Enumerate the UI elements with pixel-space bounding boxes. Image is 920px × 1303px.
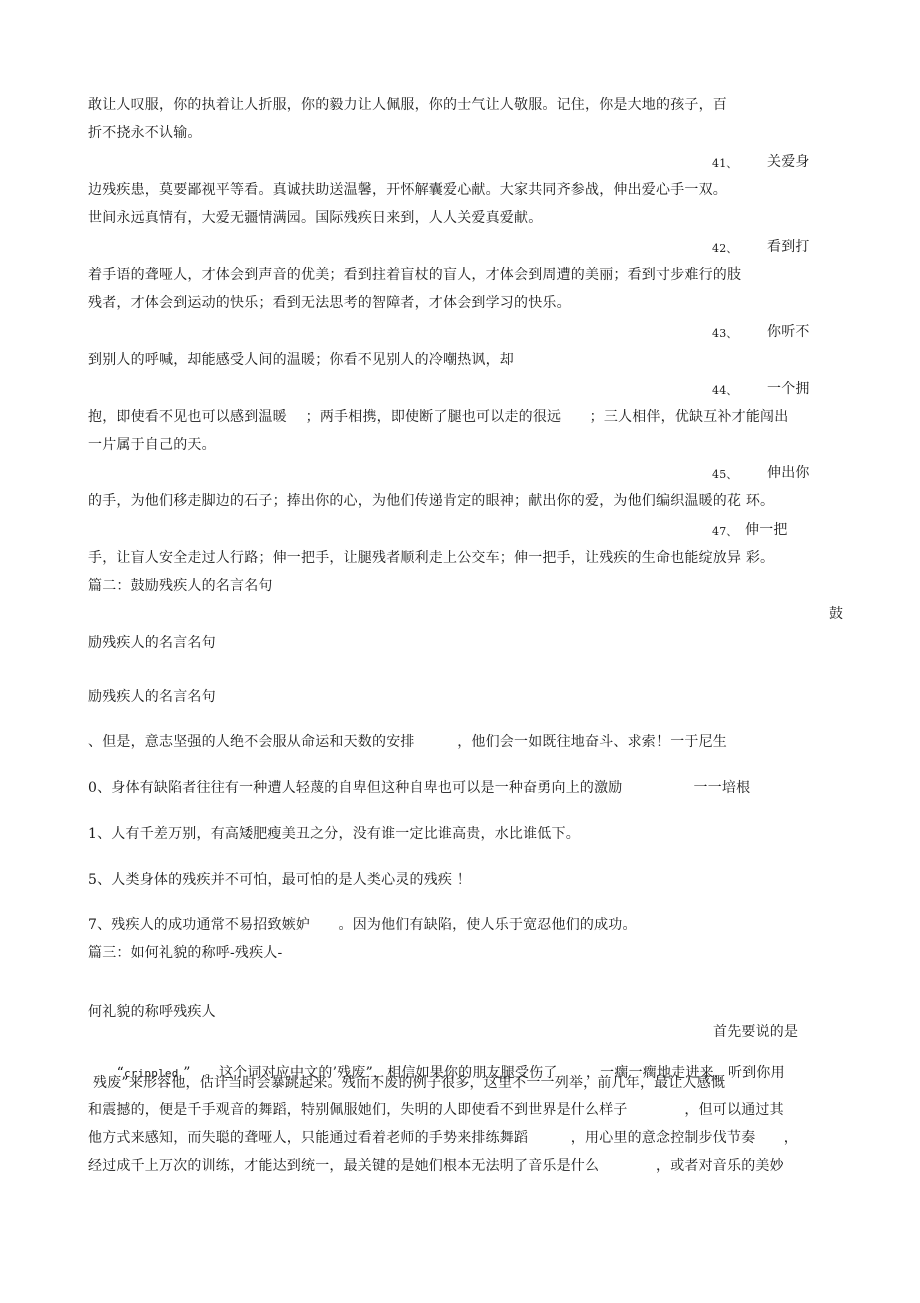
paragraph-line: 边残疾患，莫要鄙视平等看。真诚扶助送温馨，开怀解囊爱心献。大家共同齐参战，伸出爱… [88,181,727,199]
item-lead-text: 关爱身 [767,153,810,171]
item-lead-text: 你听不 [767,323,810,341]
paragraph-line: 的手，为他们移走脚边的石子；捧出你的心，为他们传递肯定的眼神；献出你的爱，为他们… [88,492,774,510]
paragraph-line: 残者，才体会到运动的快乐；看到无法思考的智障者，才体会到学习的快乐。 [88,294,571,312]
item-number: 47、 [712,523,738,541]
paragraph-line: 着手语的聋哑人，才体会到声音的优美；看到拄着盲杖的盲人，才体会到周遭的美丽；看到… [88,266,741,284]
paragraph-line: 励残疾人的名言名句 [88,688,216,706]
item-number: 45、 [712,466,738,484]
english-word: crippled [124,1067,179,1080]
paragraph-line: 折不挠永不认输。 [88,124,202,142]
item-number: 41、 [712,155,738,173]
open-quote: “ [117,1065,124,1081]
paragraph-line: 1、人有千差万别，有高矮肥瘦美丑之分，没有谁一定比谁高贵，水比谁低下。 [88,825,580,843]
paragraph-line: 7、残疾人的成功通常不易招致嫉妒 。因为他们有缺陷，使人乐于宽忍他们的成功。 [88,916,637,934]
paragraph-line: 到别人的呼喊，却能感受人间的温暖；你看不见别人的冷嘲热讽，却 [88,351,514,369]
paragraph-line: 和震撼的，便是千手观音的舞蹈，特别佩服她们，失明的人即使看不到世界是什么样子 ，… [88,1101,784,1119]
paragraph-line: 0、身体有缺陷者往往有一种遭人轻蔑的自卑但这种自卑也可以是一种奋勇向上的激励 一… [88,779,750,797]
paragraph-line: 、但是，意志坚强的人绝不会服从命运和天数的安排 ，他们会一如既往地奋斗、求索！一… [88,733,727,751]
paragraph-line: 励残疾人的名言名句 [88,634,216,652]
paragraph-line: 抱，即使看不见也可以感到温暖 ；两手相携，即使断了腿也可以走的很远 ；三人相伴，… [88,408,788,426]
paragraph-line: 5、人类身体的残疾并不可怕，最可怕的是人类心灵的残疾 ！ [88,871,471,889]
paragraph-line: 一片属于自己的天。 [88,436,216,454]
item-number: 44、 [712,382,738,400]
document-page: 敢让人叹服，你的执着让人折服，你的毅力让人佩服，你的士气让人敬服。记住，你是大地… [0,0,920,1303]
paragraph-line: 首先要说的是 [713,1023,798,1041]
paragraph-line: 经过成千上万次的训练，才能达到统一，最关键的是她们根本无法明了音乐是什么 ，或者… [88,1157,784,1175]
item-lead-text: 看到打 [767,238,810,256]
item-number: 42、 [712,240,738,258]
paragraph-line: 篇三：如何礼貌的称呼-残疾人- [88,944,282,962]
paragraph-line: 世间永远真情有，大爱无疆情满园。国际残疾日来到，人人关爱真爱献。 [88,209,542,227]
line-rest: ” 。这个词对应中文的’残废”，相信如果你的朋友腿受伤了 ，一瘸一瘸地走进来，听… [179,1065,785,1081]
item-lead-text: 一个拥 [767,380,810,398]
item-lead-text: 伸一把 [745,521,788,539]
item-lead-text: 伸出你 [767,464,810,482]
right-aligned-char: 鼓 [829,605,843,623]
paragraph-line: 篇二：鼓励残疾人的名言名句 [88,577,273,595]
item-number: 43、 [712,325,738,343]
paragraph-line: 何礼貌的称呼残疾人 [88,1003,216,1021]
paragraph-line: 敢让人叹服，你的执着让人折服，你的毅力让人佩服，你的士气让人敬服。记住，你是大地… [88,96,727,114]
paragraph-line-crippled: “crippled ” 。这个词对应中文的’残废”，相信如果你的朋友腿受伤了 ，… [98,1046,785,1101]
paragraph-line: 他方式来感知，而失聪的聋哑人，只能通过看着老师的手势来排练舞蹈 ，用心里的意念控… [88,1129,798,1147]
paragraph-line: 手，让盲人安全走过人行路；伸一把手，让腿残者顺利走上公交车；伸一把手，让残疾的生… [88,549,774,567]
